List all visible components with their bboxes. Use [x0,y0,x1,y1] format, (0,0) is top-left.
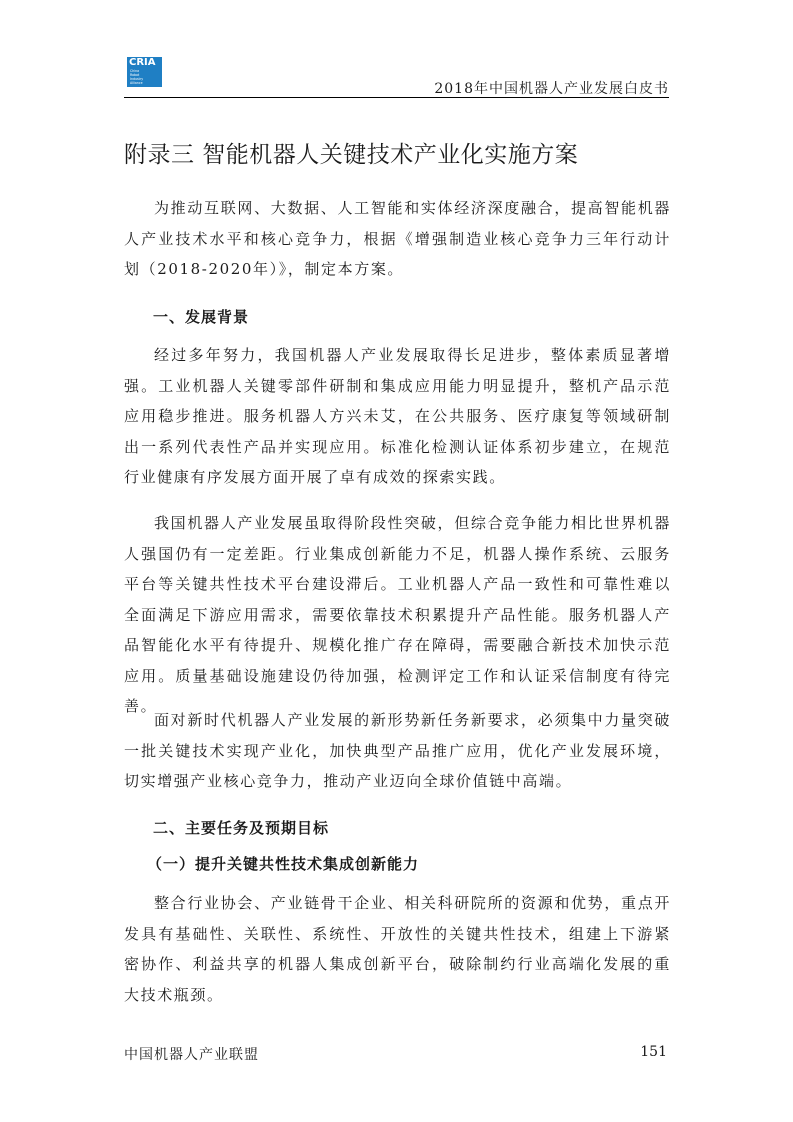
background-paragraph-2: 我国机器人产业发展虽取得阶段性突破，但综合竞争能力相比世界机器人强国仍有一定差距… [124,508,671,722]
logo-line: Alliance [130,81,143,85]
cria-logo: CRIA China Robot Industry Alliance [127,57,162,87]
header-divider [124,97,669,98]
section-heading-tasks: 二、主要任务及预期目标 [153,817,329,838]
footer-organization: 中国机器人产业联盟 [124,1044,259,1064]
intro-paragraph: 为推动互联网、大数据、人工智能和实体经济深度融合，提高智能机器人产业技术水平和核… [124,193,671,285]
background-paragraph-3: 面对新时代机器人产业发展的新形势新任务新要求，必须集中力量突破一批关键技术实现产… [124,705,671,797]
page-number: 151 [640,1044,667,1060]
logo-acronym: CRIA [129,57,156,68]
integration-paragraph-1: 整合行业协会、产业链骨干企业、相关科研院所的资源和优势，重点开发具有基础性、关联… [124,888,671,1010]
running-header-title: 2018年中国机器人产业发展白皮书 [434,78,669,98]
subsection-heading-integration: （一）提升关键共性技术集成创新能力 [147,853,419,874]
logo-subtext: China Robot Industry Alliance [130,69,143,85]
page-title: 附录三 智能机器人关键技术产业化实施方案 [124,136,578,169]
background-paragraph-1: 经过多年努力，我国机器人产业发展取得长足进步，整体素质显著增强。工业机器人关键零… [124,340,671,493]
section-heading-background: 一、发展背景 [153,306,249,327]
